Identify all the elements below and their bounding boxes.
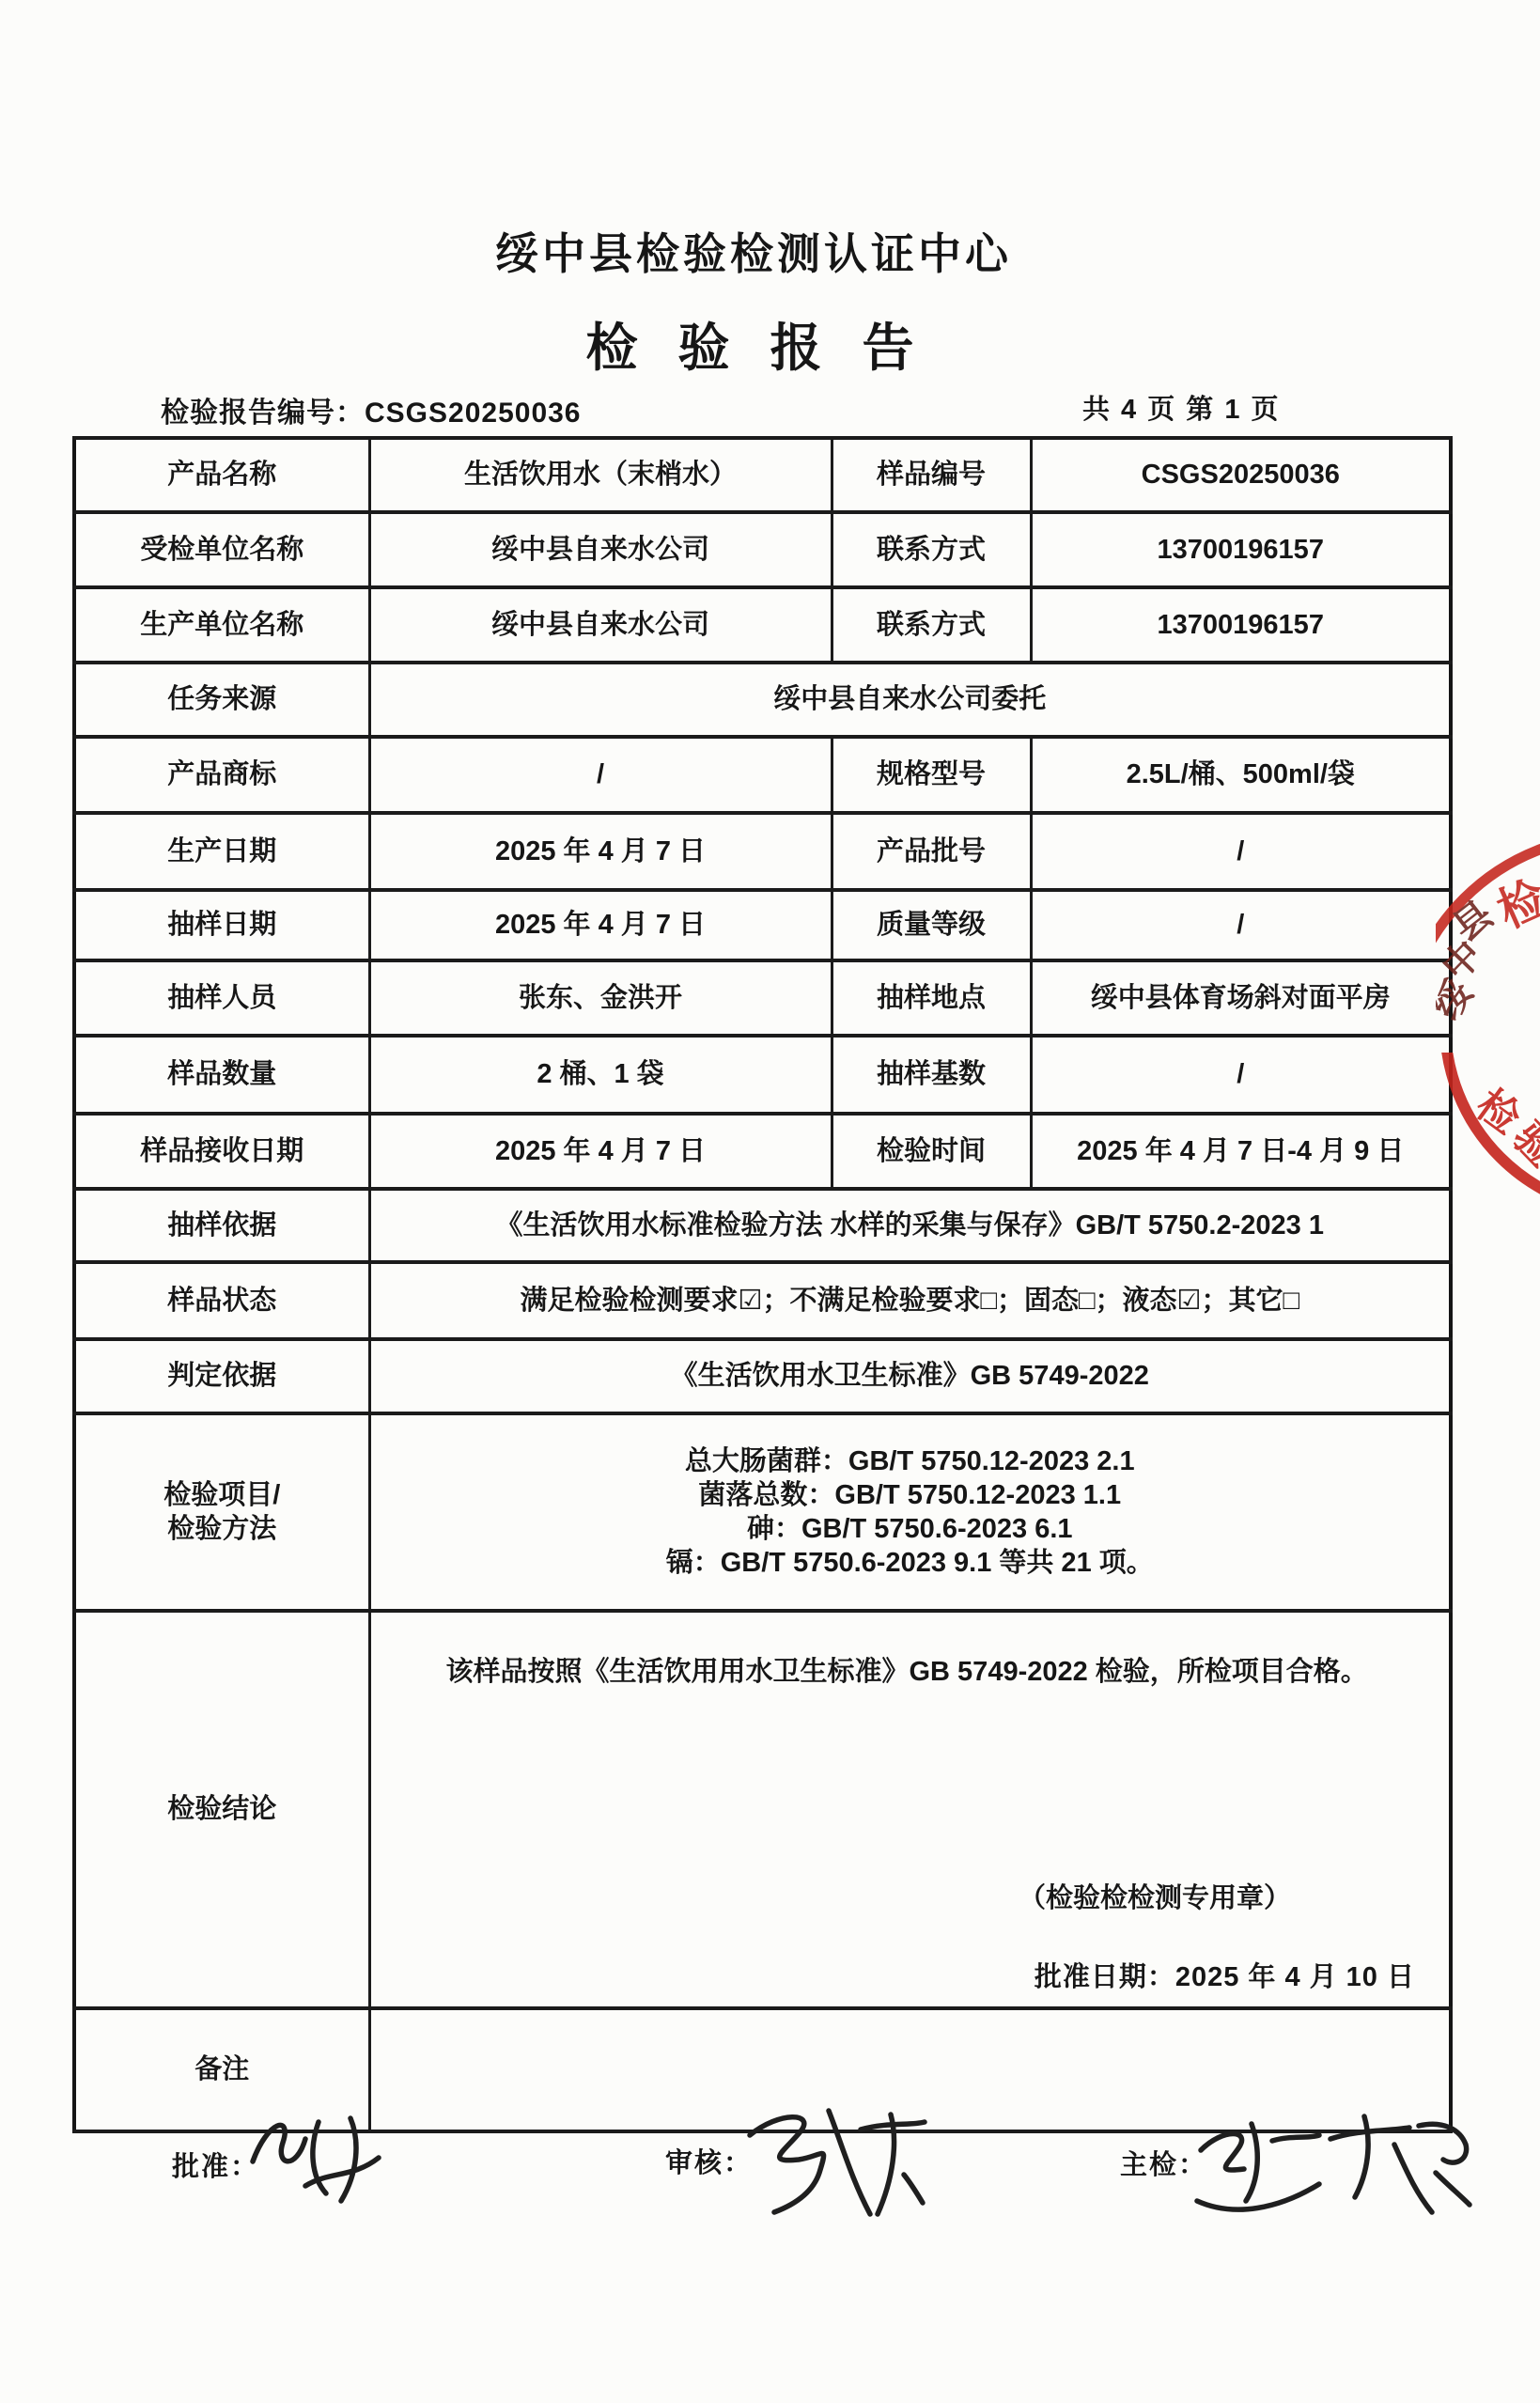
- field-label: 样品状态: [74, 1262, 369, 1339]
- field-label: 产品商标: [74, 737, 369, 813]
- conclusion-text: 该样品按照《生活饮用用水卫生标准》GB 5749-2022 检验，所检项目合格。: [371, 1655, 1450, 1689]
- methods-label-line2: 检验方法: [82, 1512, 363, 1546]
- field-label: 抽样人员: [74, 960, 369, 1036]
- official-seal-bottom-icon: 检 验: [1436, 1053, 1540, 1269]
- field-value: /: [1031, 813, 1451, 890]
- report-number-line: 检验报告编号：CSGS20250036: [161, 389, 582, 430]
- field-label: 抽样地点: [832, 960, 1031, 1036]
- field-label: 抽样日期: [74, 890, 369, 960]
- field-label: 产品名称: [74, 438, 369, 512]
- field-value: 2.5L/桶、500ml/袋: [1031, 737, 1451, 813]
- table-row: 产品商标 / 规格型号 2.5L/桶、500ml/袋: [74, 737, 1451, 813]
- stamp-note: （检验检检测专用章）: [1019, 1881, 1291, 1915]
- field-label: 任务来源: [74, 663, 369, 737]
- table-row-conclusion: 检验结论 该样品按照《生活饮用用水卫生标准》GB 5749-2022 检验，所检…: [74, 1611, 1451, 2008]
- field-label: 样品数量: [74, 1036, 369, 1114]
- table-row: 生产日期 2025 年 4 月 7 日 产品批号 /: [74, 813, 1451, 890]
- field-value: 2025 年 4 月 7 日: [369, 813, 832, 890]
- org-name-title: 绥中县检验检测认证中心: [0, 220, 1507, 282]
- field-label: 受检单位名称: [74, 512, 369, 587]
- report-page: 绥中县检验检测认证中心 检验报告 检验报告编号：CSGS20250036 共 4…: [0, 0, 1540, 2403]
- approve-signature: [240, 2103, 390, 2211]
- field-label: 联系方式: [832, 587, 1031, 663]
- review-signature: [731, 2098, 933, 2220]
- page-info: 共 4 页 第 1 页: [1082, 388, 1281, 427]
- field-value: 《生活饮用水标准检验方法 水样的采集与保存》GB/T 5750.2-2023 1: [369, 1189, 1451, 1262]
- table-row: 样品状态 满足检验检测要求☑；不满足检验要求□；固态□；液态☑；其它□: [74, 1262, 1451, 1339]
- field-label: 抽样基数: [832, 1036, 1031, 1114]
- conclusion-value: 该样品按照《生活饮用用水卫生标准》GB 5749-2022 检验，所检项目合格。…: [369, 1611, 1451, 2008]
- table-row: 任务来源 绥中县自来水公司委托: [74, 663, 1451, 737]
- field-value: 2025 年 4 月 7 日-4 月 9 日: [1031, 1114, 1451, 1189]
- table-row: 抽样依据 《生活饮用水标准检验方法 水样的采集与保存》GB/T 5750.2-2…: [74, 1189, 1451, 1262]
- field-value: 绥中县自来水公司委托: [369, 663, 1451, 737]
- report-number-label: 检验报告编号：: [161, 398, 365, 429]
- field-label: 检验时间: [832, 1114, 1031, 1189]
- report-table: 产品名称 生活饮用水（末梢水） 样品编号 CSGS20250036 受检单位名称…: [72, 436, 1453, 2133]
- field-value: 13700196157: [1031, 587, 1451, 663]
- inspect-signature-2: [1317, 2105, 1472, 2218]
- method-line: 镉：GB/T 5750.6-2023 9.1 等共 21 项。: [377, 1546, 1444, 1580]
- field-label: 抽样依据: [74, 1189, 369, 1262]
- approve-date: 批准日期：2025 年 4 月 10 日: [1034, 1960, 1415, 1994]
- field-value: CSGS20250036: [1031, 438, 1451, 512]
- field-value: /: [1031, 1036, 1451, 1114]
- field-label: 生产日期: [74, 813, 369, 890]
- field-value: 绥中县体育场斜对面平房: [1031, 960, 1451, 1036]
- conclusion-label: 检验结论: [74, 1611, 369, 2008]
- field-value: /: [1031, 890, 1451, 960]
- table-row-methods: 检验项目/ 检验方法 总大肠菌群：GB/T 5750.12-2023 2.1 菌…: [74, 1413, 1451, 1611]
- field-value: 《生活饮用水卫生标准》GB 5749-2022: [369, 1339, 1451, 1413]
- field-value: 张东、金洪开: [369, 960, 832, 1036]
- field-label: 样品编号: [832, 438, 1031, 512]
- table-row: 生产单位名称 绥中县自来水公司 联系方式 13700196157: [74, 587, 1451, 663]
- field-value: 绥中县自来水公司: [369, 512, 832, 587]
- table-row: 抽样日期 2025 年 4 月 7 日 质量等级 /: [74, 890, 1451, 960]
- method-line: 菌落总数：GB/T 5750.12-2023 1.1: [377, 1478, 1444, 1512]
- field-value: 生活饮用水（末梢水）: [369, 438, 832, 512]
- methods-label: 检验项目/ 检验方法: [74, 1413, 369, 1611]
- field-label: 判定依据: [74, 1339, 369, 1413]
- field-label: 质量等级: [832, 890, 1031, 960]
- method-line: 砷：GB/T 5750.6-2023 6.1: [377, 1512, 1444, 1546]
- table-row: 样品数量 2 桶、1 袋 抽样基数 /: [74, 1036, 1451, 1114]
- sample-state-value: 满足检验检测要求☑；不满足检验要求□；固态□；液态☑；其它□: [369, 1262, 1451, 1339]
- methods-value: 总大肠菌群：GB/T 5750.12-2023 2.1 菌落总数：GB/T 57…: [369, 1413, 1451, 1611]
- field-label: 规格型号: [832, 737, 1031, 813]
- table-row: 判定依据 《生活饮用水卫生标准》GB 5749-2022: [74, 1339, 1451, 1413]
- table-row: 抽样人员 张东、金洪开 抽样地点 绥中县体育场斜对面平房: [74, 960, 1451, 1036]
- field-label: 产品批号: [832, 813, 1031, 890]
- inspect-signature-1: [1186, 2109, 1327, 2222]
- methods-label-line1: 检验项目/: [82, 1478, 363, 1512]
- field-label: 联系方式: [832, 512, 1031, 587]
- method-line: 总大肠菌群：GB/T 5750.12-2023 2.1: [377, 1444, 1444, 1478]
- table-row: 产品名称 生活饮用水（末梢水） 样品编号 CSGS20250036: [74, 438, 1451, 512]
- field-label: 样品接收日期: [74, 1114, 369, 1189]
- table-row: 样品接收日期 2025 年 4 月 7 日 检验时间 2025 年 4 月 7 …: [74, 1114, 1451, 1189]
- field-value: 2025 年 4 月 7 日: [369, 1114, 832, 1189]
- field-label: 生产单位名称: [74, 587, 369, 663]
- field-value: 2 桶、1 袋: [369, 1036, 832, 1114]
- field-value: /: [369, 737, 832, 813]
- field-value: 绥中县自来水公司: [369, 587, 832, 663]
- field-value: 13700196157: [1031, 512, 1451, 587]
- doc-title: 检验报告: [0, 306, 1540, 381]
- table-row: 受检单位名称 绥中县自来水公司 联系方式 13700196157: [74, 512, 1451, 587]
- field-value: 2025 年 4 月 7 日: [369, 890, 832, 960]
- report-number-value: CSGS20250036: [365, 398, 582, 429]
